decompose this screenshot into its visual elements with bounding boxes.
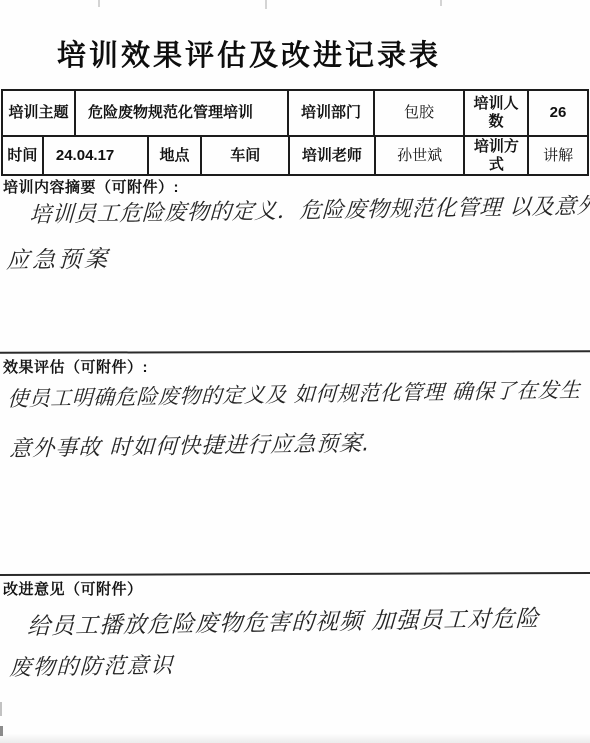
training-method-value: 讲解	[529, 137, 587, 174]
effect-evaluation-handwriting-line2: 意外事故 时如何快捷进行应急预案.	[9, 426, 371, 463]
trainer-value: 孙世斌	[376, 137, 466, 174]
improvement-suggestions-heading: 改进意见（可附件）	[3, 578, 143, 599]
scan-bottom-shading	[0, 733, 590, 743]
page-title: 培训效果评估及改进记录表	[57, 33, 441, 74]
content-summary-heading: 培训内容摘要（可附件）:	[3, 176, 179, 197]
training-department-label: 培训部门	[289, 91, 375, 135]
table-row: 培训主题 危险废物规范化管理培训 培训部门 包胶 培训人数 26	[3, 91, 587, 137]
trainee-count-value: 26	[529, 91, 587, 135]
effect-evaluation-heading: 效果评估（可附件）:	[3, 356, 148, 377]
scan-tick-mark	[265, 0, 267, 9]
improvement-handwriting-line2: 废物的防范意识	[9, 648, 175, 682]
table-row: 时间 24.04.17 地点 车间 培训老师 孙世斌 培训方式 讲解	[3, 137, 587, 174]
header-table: 培训主题 危险废物规范化管理培训 培训部门 包胶 培训人数 26 时间 24.0…	[1, 89, 589, 176]
scanned-form-page: 培训效果评估及改进记录表 培训主题 危险废物规范化管理培训 培训部门 包胶 培训…	[0, 0, 590, 743]
scan-smudge	[0, 702, 2, 716]
improvement-handwriting-line1: 给员工播放危险废物危害的视频 加强员工对危险	[27, 600, 540, 641]
location-label: 地点	[149, 137, 203, 174]
scan-tick-mark	[98, 0, 100, 7]
location-value: 车间	[202, 137, 290, 174]
training-department-value: 包胶	[375, 91, 465, 135]
trainee-count-label: 培训人数	[465, 91, 529, 135]
section-divider	[0, 572, 590, 576]
time-label: 时间	[3, 137, 44, 174]
content-summary-handwriting-line2: 应急预案	[6, 240, 111, 275]
trainer-label: 培训老师	[290, 137, 376, 174]
scan-tick-mark	[440, 0, 442, 6]
section-divider	[0, 350, 590, 354]
effect-evaluation-handwriting-line1: 使员工明确危险废物的定义及 如何规范化管理 确保了在发生	[7, 374, 581, 413]
time-value: 24.04.17	[44, 137, 149, 174]
training-topic-label: 培训主题	[3, 91, 76, 135]
training-method-label: 培训方式	[465, 137, 529, 174]
training-topic-value: 危险废物规范化管理培训	[76, 91, 289, 135]
